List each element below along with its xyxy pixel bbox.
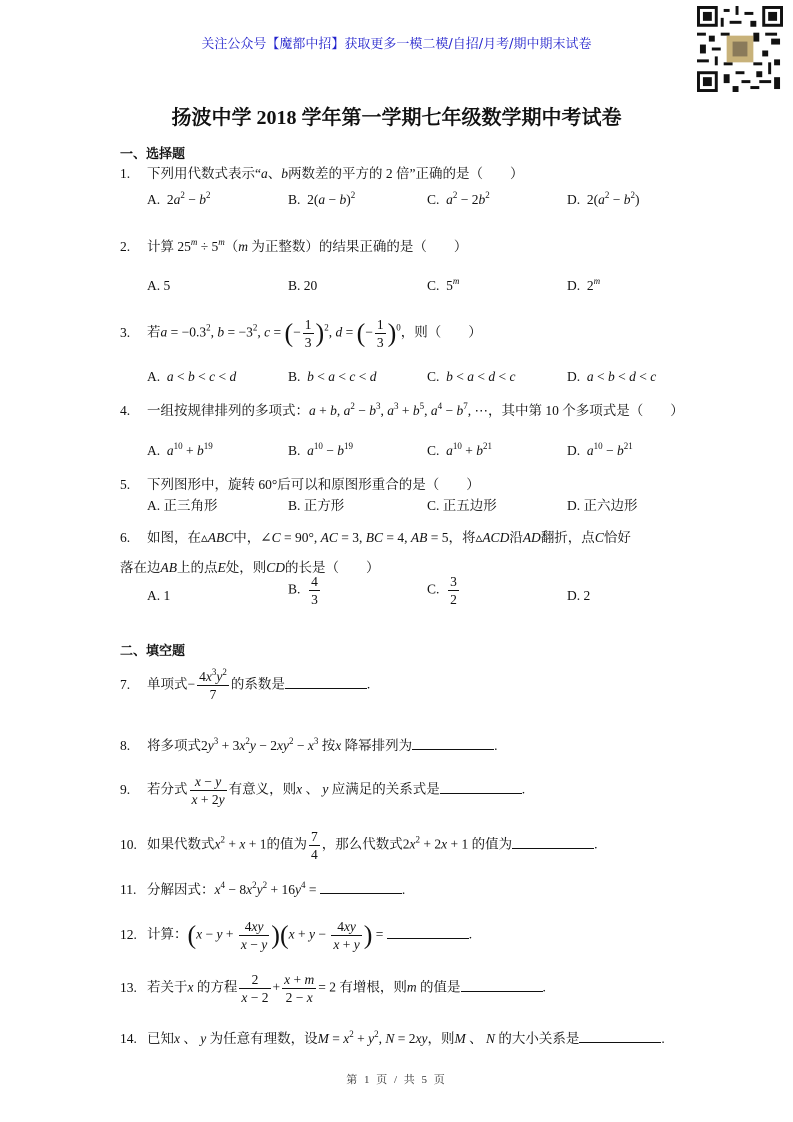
q1-option-d[interactable]: D. 2(a2 − b2)	[567, 192, 640, 208]
q1-option-b[interactable]: B. 2(a − b)2	[288, 192, 355, 208]
question-7: 7.单项式−4x3y27的系数是.	[120, 668, 370, 703]
question-11: 11.分解因式：x4 − 8x2y2 + 16y4 = .	[120, 878, 405, 898]
q1-option-a[interactable]: A. 2a2 − b2	[147, 192, 211, 208]
qr-code-icon	[697, 6, 783, 92]
q2-option-a[interactable]: A. 5	[147, 278, 170, 294]
question-8: 8.将多项式2y3 + 3x2y − 2xy2 − x3 按x 降幂排列为.	[120, 734, 497, 754]
answer-blank[interactable]	[440, 781, 522, 794]
q2-option-d[interactable]: D. 2m	[567, 278, 600, 294]
question-1: 1.下列用代数式表示“a、b两数差的平方的 2 倍”正确的是（ ）	[120, 162, 524, 182]
q5-option-d[interactable]: D. 正六边形	[567, 494, 638, 514]
section-heading-fill: 二、填空题	[120, 640, 185, 659]
q3-option-c[interactable]: C. b < a < d < c	[427, 369, 516, 385]
answer-blank[interactable]	[320, 881, 402, 894]
q3-option-d[interactable]: D. a < b < d < c	[567, 369, 656, 385]
q5-option-b[interactable]: B. 正方形	[288, 494, 344, 514]
q4-option-b[interactable]: B. a10 − b19	[288, 443, 353, 459]
answer-blank[interactable]	[285, 676, 367, 689]
answer-blank[interactable]	[512, 836, 594, 849]
q3-option-b[interactable]: B. b < a < c < d	[288, 369, 377, 385]
answer-blank[interactable]	[387, 926, 469, 939]
question-14: 14.已知x 、 y 为任意有理数，设M = x2 + y2, N = 2xy，…	[120, 1027, 665, 1047]
exam-title: 扬波中学 2018 学年第一学期七年级数学期中考试卷	[0, 101, 793, 130]
q4-option-c[interactable]: C. a10 + b21	[427, 443, 492, 459]
q4-option-a[interactable]: A. a10 + b19	[147, 443, 213, 459]
section-heading-choice: 一、选择题	[120, 143, 185, 162]
question-2: 2.计算 25m ÷ 5m（m 为正整数）的结果正确的是（ ）	[120, 235, 467, 255]
question-13: 13.若关于x 的方程2x − 2+x + m2 − x= 2 有增根，则m 的…	[120, 971, 546, 1006]
question-4: 4.一组按规律排列的多项式：a + b, a2 − b3, a3 + b5, a…	[120, 399, 684, 419]
q5-option-a[interactable]: A. 正三角形	[147, 494, 218, 514]
question-6: 6.如图，在▵ABC中，∠C = 90°, AC = 3, BC = 4, AB…	[120, 526, 631, 546]
question-number: 1.	[120, 166, 147, 182]
q6-option-a[interactable]: A. 1	[147, 588, 170, 604]
q3-option-a[interactable]: A. a < b < c < d	[147, 369, 236, 385]
question-10: 10.如果代数式x2 + x + 1的值为74，那么代数式2x2 + 2x + …	[120, 828, 598, 863]
answer-blank[interactable]	[579, 1030, 661, 1043]
question-5: 5.下列图形中，旋转 60°后可以和原图形重合的是（ ）	[120, 473, 480, 493]
q2-option-b[interactable]: B. 20	[288, 278, 317, 294]
page-footer: 第 1 页 / 共 5 页	[0, 1071, 793, 1087]
q1-option-c[interactable]: C. a2 − 2b2	[427, 192, 490, 208]
q4-option-d[interactable]: D. a10 − b21	[567, 443, 633, 459]
question-6-line-2: 落在边AB上的点E处，则CD的长是（ ）	[120, 556, 380, 576]
q2-option-c[interactable]: C. 5m	[427, 278, 459, 294]
answer-blank[interactable]	[412, 737, 494, 750]
question-3: 3.若a = −0.32, b = −32, c = (−13)2, d = (…	[120, 316, 482, 351]
promo-banner: 关注公众号【魔都中招】获取更多一模二模/自招/月考/期中期末试卷	[0, 33, 793, 52]
answer-blank[interactable]	[461, 979, 543, 992]
q5-option-c[interactable]: C. 正五边形	[427, 494, 497, 514]
q6-option-b[interactable]: B. 43	[288, 573, 322, 608]
q6-option-c[interactable]: C. 32	[427, 573, 461, 608]
question-12: 12.计算：(x − y + 4xyx − y)(x + y − 4xyx + …	[120, 918, 472, 953]
q6-option-d[interactable]: D. 2	[567, 588, 590, 604]
question-9: 9.若分式x − yx + 2y有意义，则x 、 y 应满足的关系式是.	[120, 773, 525, 808]
